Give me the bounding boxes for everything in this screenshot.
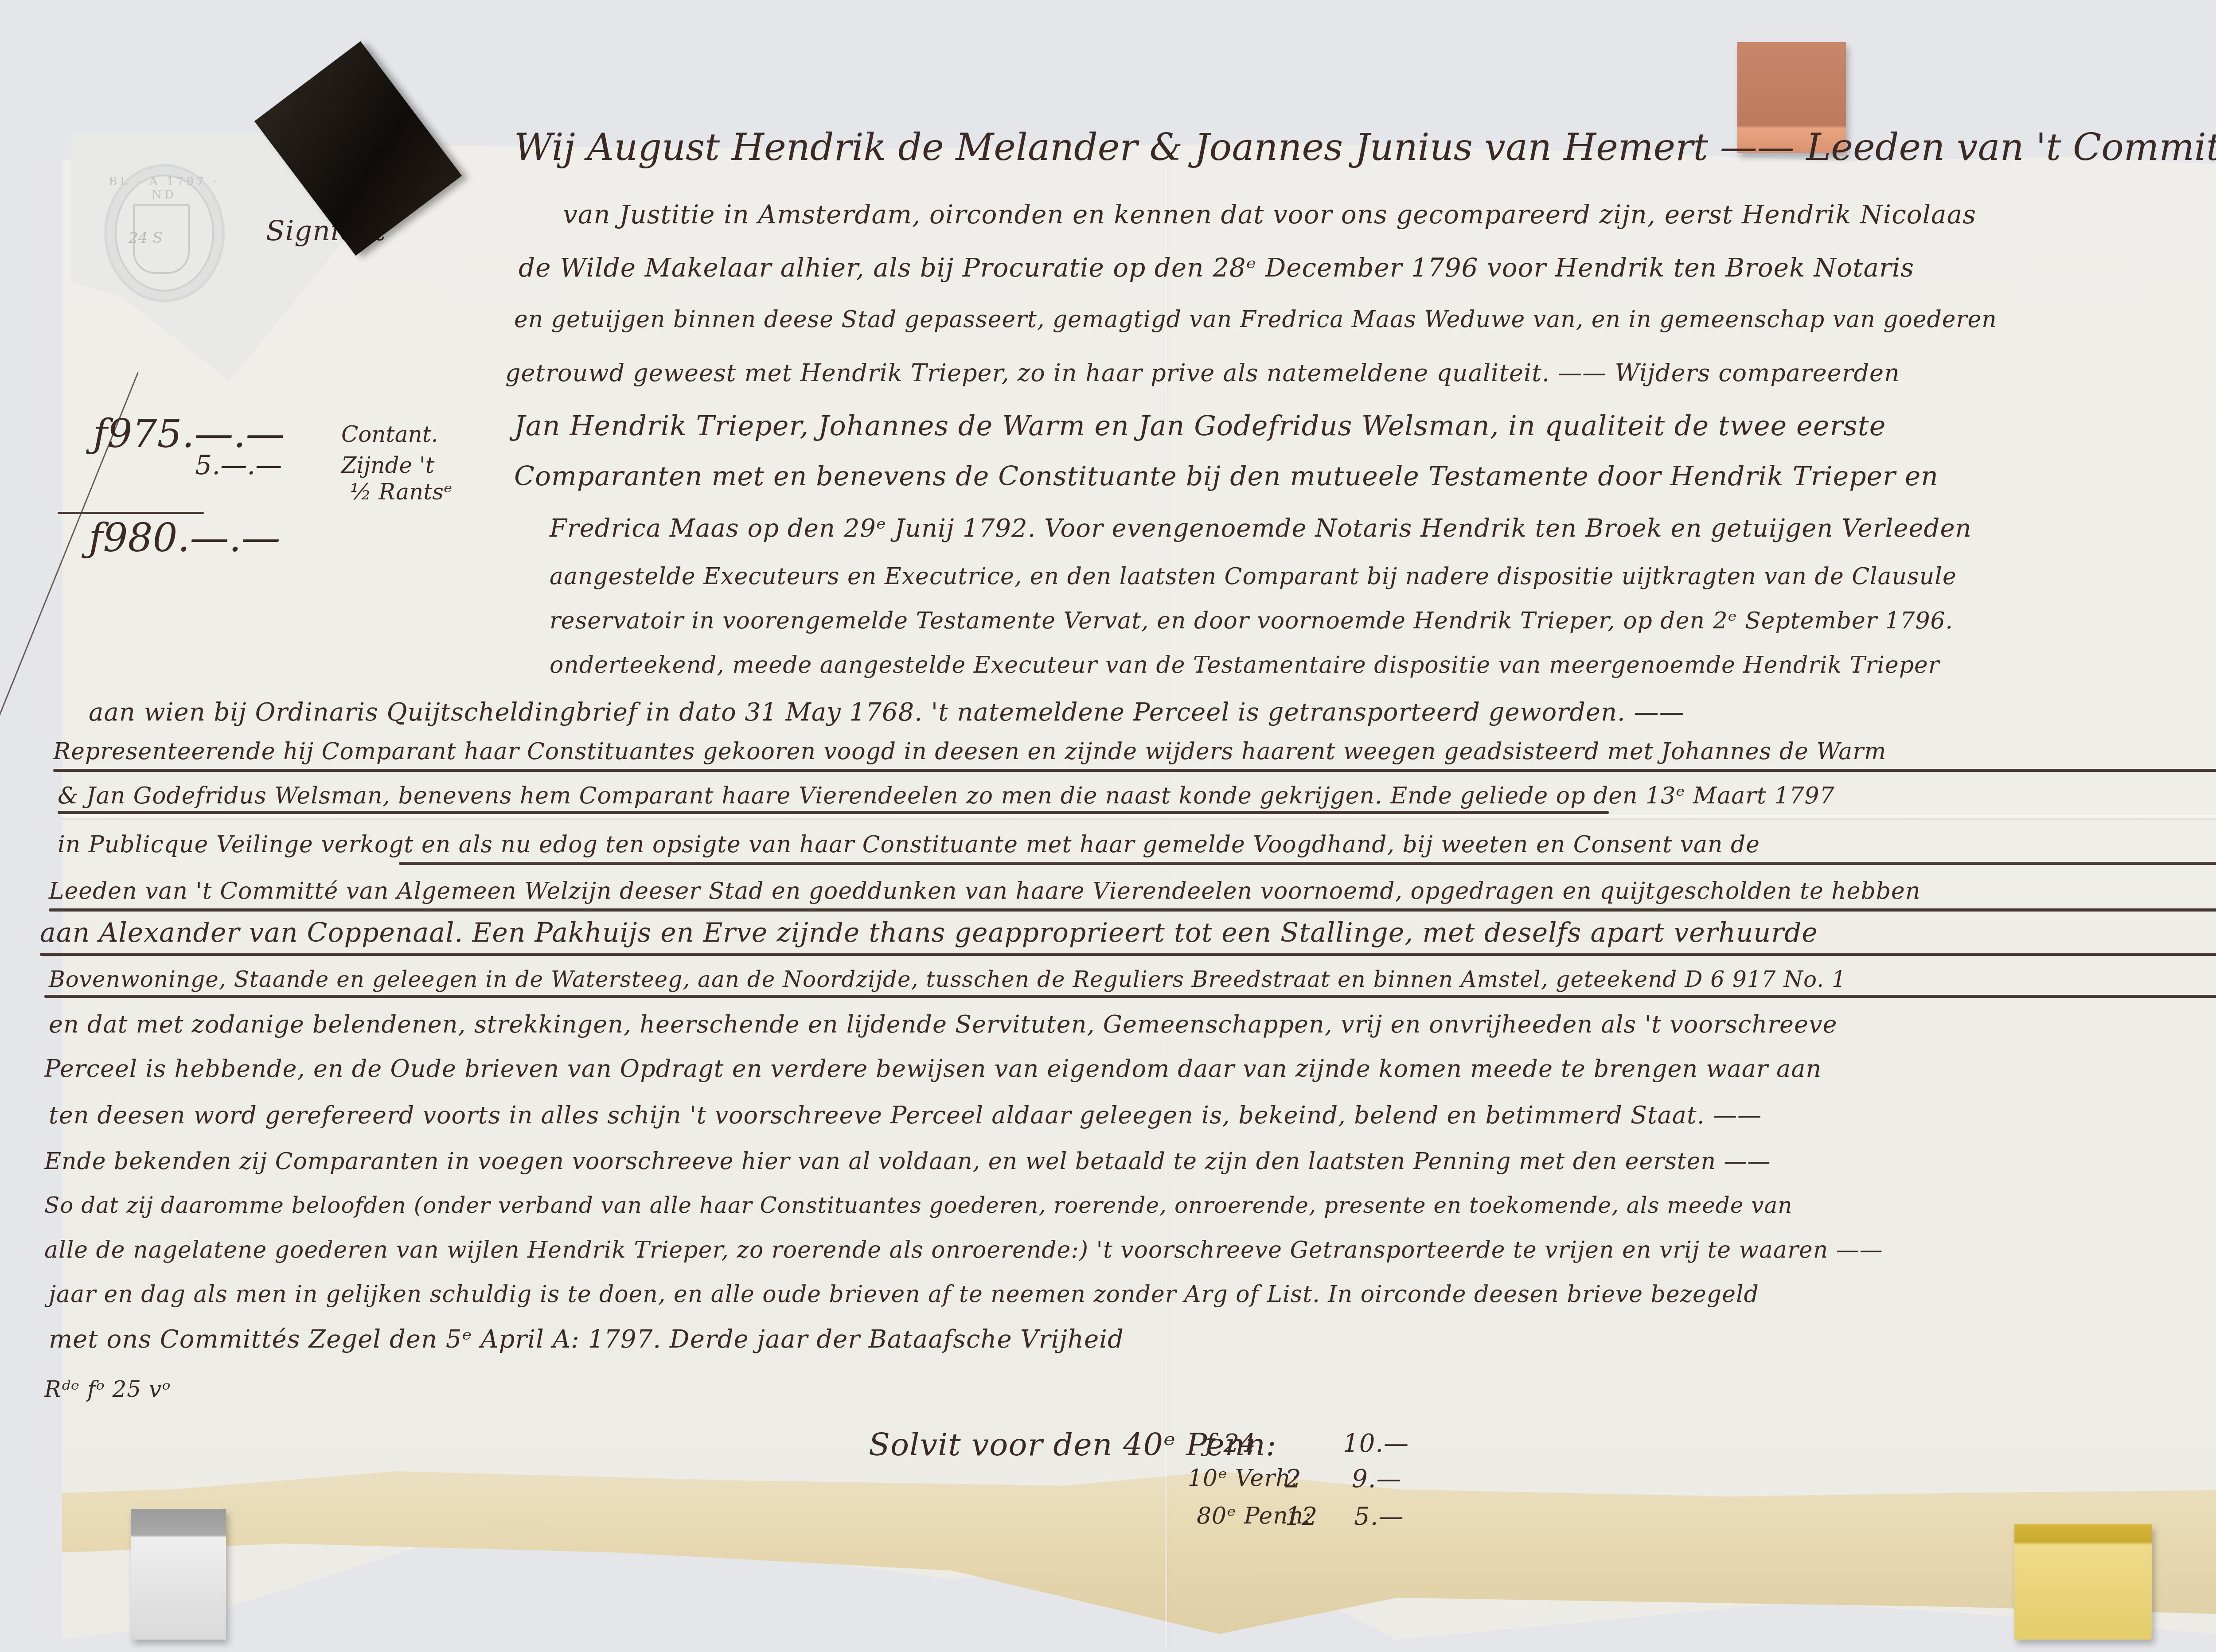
deed-line-22: Ende bekenden zij Comparanten in voegen … (44, 1150, 1771, 1173)
payment-guilders-1: ƒ 24 (1206, 1431, 1256, 1456)
deed-line-25: jaar en dag als men in gelijken schuldig… (49, 1283, 1759, 1306)
seal-legend: BL · A 1797 · ND (109, 175, 219, 202)
deed-line-1: Wij August Hendrik de Melander & Joannes… (514, 129, 2216, 166)
deed-line-4: en getuijgen binnen deese Stad gepasseer… (514, 308, 1997, 331)
deed-line-17: aan Alexander van Coppenaal. Een Pakhuij… (40, 920, 1818, 946)
margin-amount-2: 5.—.— (195, 452, 282, 479)
payment-stuivers-2: 9.— (1352, 1467, 1401, 1492)
payment-stuivers-1: 10.— (1343, 1431, 1409, 1456)
margin-label-2a: Zijnde 't (341, 454, 434, 476)
deed-line-19: en dat met zodanige belendenen, strekkin… (49, 1013, 1837, 1036)
gold-paperweight (2014, 1524, 2152, 1640)
deed-line-23: So dat zij daaromme beloofden (onder ver… (44, 1194, 1793, 1216)
deed-line-12: aan wien bij Ordinaris Quijtscheldingbri… (89, 700, 1685, 725)
margin-amount-1: ƒ975.—.— (93, 414, 285, 453)
deed-line-15: in Publicque Veilinge verkogt en als nu … (58, 833, 1760, 856)
aged-bottom-band (62, 1471, 2216, 1652)
deed-line-3: de Wilde Makelaar alhier, als bij Procur… (519, 255, 1914, 281)
deed-line-13: Representeerende hij Comparant haar Cons… (53, 740, 1886, 763)
deed-line-2: van Justitie in Amsterdam, oirconden en … (563, 202, 1976, 227)
deed-line-10: reservatoir in voorengemelde Testamente … (550, 609, 1953, 632)
margin-sum-rule (58, 512, 204, 514)
registry-note: Rᵈᵉ fᵒ 25 vᵒ (44, 1378, 171, 1400)
underline-13 (53, 769, 2216, 772)
underline-18 (44, 995, 2216, 998)
payment-desc-2: 10ᵉ Verh: (1188, 1467, 1299, 1490)
margin-total: ƒ980.—.— (89, 518, 280, 557)
seal-denomination: 24 S (129, 230, 163, 245)
underline-14 (58, 811, 1609, 814)
silver-paperweight (131, 1509, 226, 1640)
deed-line-26: met ons Committés Zegel den 5ᵉ April A: … (49, 1327, 1124, 1352)
payment-guilders-2: 2 (1285, 1467, 1302, 1492)
deed-line-16: Leeden van 't Committé van Algemeen Welz… (49, 880, 1920, 903)
deed-line-14: & Jan Godefridus Welsman, benevens hem C… (58, 784, 1835, 807)
deed-line-7: Comparanten met en benevens de Constitua… (514, 463, 1939, 490)
deed-line-24: alle de nagelatene goederen van wijlen H… (44, 1239, 1883, 1262)
underline-17 (40, 953, 2216, 956)
payment-stuivers-3: 5.— (1354, 1504, 1404, 1529)
deed-line-6: Jan Hendrik Trieper, Johannes de Warm en… (514, 412, 1886, 440)
payment-guilders-3: 12 (1285, 1504, 1318, 1529)
deed-line-11: onderteekend, meede aangestelde Executeu… (550, 654, 1940, 677)
deed-line-8: Fredrica Maas op den 29ᵉ Junij 1792. Voo… (550, 516, 1972, 541)
underline-15 (399, 862, 2216, 865)
horizontal-fold (62, 815, 2216, 820)
margin-label-2b: ½ Rantsᵉ (350, 481, 452, 503)
margin-label-1: Contant. (341, 423, 438, 445)
deed-line-5: getrouwd geweest met Hendrik Trieper, zo… (505, 361, 1900, 385)
deed-line-21: ten deesen word gerefereerd voorts in al… (49, 1103, 1762, 1127)
underline-16 (49, 908, 2216, 912)
deed-line-20: Perceel is hebbende, en de Oude brieven … (44, 1057, 1822, 1081)
photo-stage: BL · A 1797 · ND 24 S Signiedt ƒ975.—.— … (0, 0, 2216, 1652)
deed-line-9: aangestelde Executeurs en Executrice, en… (550, 565, 1957, 588)
deed-line-18: Bovenwoninge, Staande en geleegen in de … (49, 968, 1846, 990)
